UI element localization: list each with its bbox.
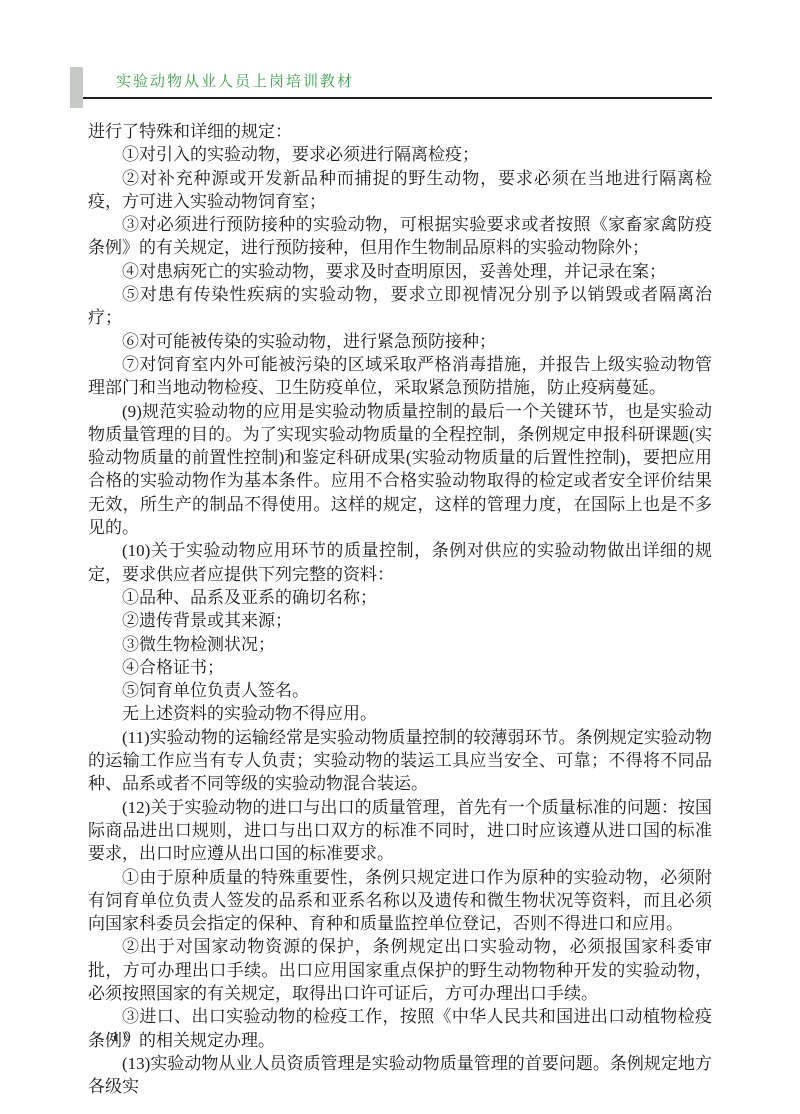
header-accent-bar <box>70 67 83 108</box>
header-title: 实验动物从业人员上岗培训教材 <box>116 70 354 91</box>
paragraph: ③微生物检测状况； <box>88 633 712 656</box>
header-rule <box>83 97 712 99</box>
paragraph: ⑦对饲育室内外可能被污染的区域采取严格消毒措施，并报告上级实验动物管理部门和当地… <box>88 353 712 400</box>
paragraph: ①对引入的实验动物，要求必须进行隔离检疫； <box>88 143 712 166</box>
paragraph: ③进口、出口实验动物的检疫工作，按照《中华人民共和国进出口动植物检疫条例》的相关… <box>88 1005 712 1052</box>
paragraph: (12)关于实验动物的进口与出口的质量管理，首先有一个质量标准的问题：按国际商品… <box>88 796 712 866</box>
paragraph: ①由于原种质量的特殊重要性，条例只规定进口作为原种的实验动物，必须附有饲育单位负… <box>88 866 712 936</box>
paragraph: (9)规范实验动物的应用是实验动物质量控制的最后一个关键环节，也是实验动物质量管… <box>88 400 712 540</box>
paragraph: (13)实验动物从业人员资质管理是实验动物质量管理的首要问题。条例规定地方各级实 <box>88 1052 712 1099</box>
paragraph: 无上述资料的实验动物不得应用。 <box>88 702 712 725</box>
paragraph: ③对必须进行预防接种的实验动物，可根据实验要求或者按照《家畜家禽防疫条例》的有关… <box>88 213 712 260</box>
paragraph: ⑥对可能被传染的实验动物，进行紧急预防接种； <box>88 330 712 353</box>
book-page: 实验动物从业人员上岗培训教材 进行了特殊和详细的规定：①对引入的实验动物，要求必… <box>0 0 800 1114</box>
paragraph: ①品种、品系及亚系的确切名称； <box>88 586 712 609</box>
body-text: 进行了特殊和详细的规定：①对引入的实验动物，要求必须进行隔离检疫；②对补充种源或… <box>88 120 712 1098</box>
paragraph: ⑤对患有传染性疾病的实验动物，要求立即视情况分别予以销毁或者隔离治疗； <box>88 283 712 330</box>
paragraph: ⑤饲育单位负责人签名。 <box>88 679 712 702</box>
paragraph: (10)关于实验动物应用环节的质量控制，条例对供应的实验动物做出详细的规定，要求… <box>88 539 712 586</box>
page-number: · 10 · <box>95 1029 152 1046</box>
paragraph: ④对患病死亡的实验动物，要求及时查明原因，妥善处理，并记录在案； <box>88 260 712 283</box>
paragraph: (11)实验动物的运输经常是实验动物质量控制的较薄弱环节。条例规定实验动物的运输… <box>88 726 712 796</box>
paragraph: ④合格证书； <box>88 656 712 679</box>
paragraph: ②对补充种源或开发新品种而捕捉的野生动物，要求必须在当地进行隔离检疫，方可进入实… <box>88 167 712 214</box>
paragraph: 进行了特殊和详细的规定： <box>88 120 712 143</box>
paragraph: ②出于对国家动物资源的保护，条例规定出口实验动物，必须报国家科委审批，方可办理出… <box>88 935 712 1005</box>
paragraph: ②遗传背景或其来源； <box>88 609 712 632</box>
